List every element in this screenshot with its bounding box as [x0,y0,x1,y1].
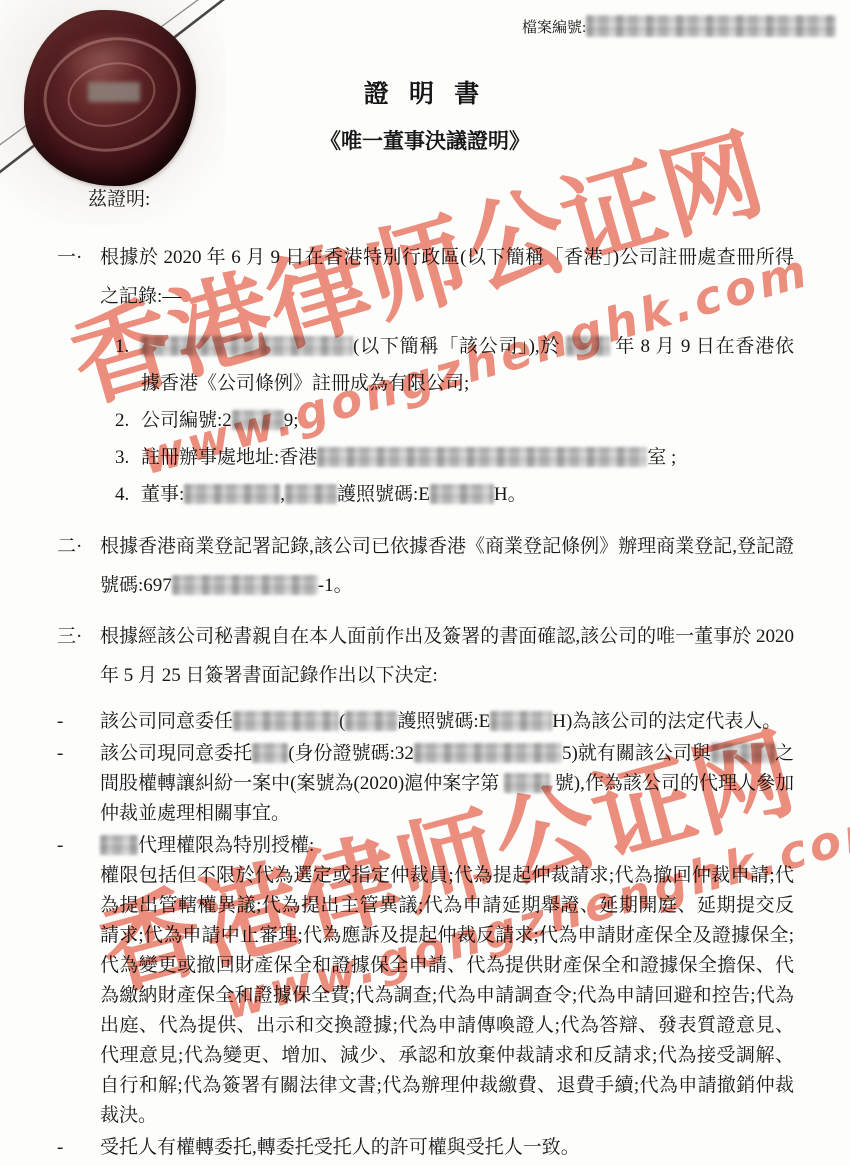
redacted-text [711,743,775,763]
page-title: 證 明 書 [0,74,850,110]
list-marker: - [57,831,100,1131]
redacted-text [232,410,284,430]
redacted-text [100,835,138,855]
list-marker: - [57,1133,100,1163]
bullet-item: -該公司同意委任(護照號碼:EH)為該公司的法定代表人。 [57,707,794,737]
redacted-text [141,336,353,356]
bullet-item: -代理權限為特別授權:權限包括但不限於代為選定或指定仲裁員;代為提起仲裁請求;代… [57,831,794,1131]
numbered-section: 三·根據經該公司秘書親自在本人面前作出及簽署的書面確認,該公司的唯一董事於 20… [57,617,794,695]
paragraph-text: (以下簡稱「該公司」),於 年 8 月 9 日在香港依據香港《公司條例》註冊成為… [141,328,794,402]
redacted-text [490,711,552,731]
redacted-text [252,743,288,763]
file-number-label: 檔案編號: [522,20,586,36]
file-number-redacted [586,15,836,37]
paragraph-text: 代理權限為特別授權:權限包括但不限於代為選定或指定仲裁員;代為提起仲裁請求;代為… [100,831,794,1131]
redacted-text [566,336,610,356]
numbered-sub-item: 1.(以下簡稱「該公司」),於 年 8 月 9 日在香港依據香港《公司條例》註冊… [57,328,794,402]
list-marker: 三· [57,617,100,695]
redacted-text [172,575,318,595]
numbered-sub-item: 3.註冊辦事處地址:香港室 ; [57,439,794,476]
paragraph-text: 公司編號:29; [141,402,794,439]
redacted-text [414,743,562,763]
list-marker: 1. [115,328,141,402]
notarial-certificate-page: 檔案編號: 證 明 書 《唯一董事決議證明》 茲證明: 一·根據於 2020 年… [0,0,850,1166]
redacted-text [345,711,397,731]
redacted-text [504,773,550,793]
list-marker: 2. [115,402,141,439]
redacted-text [184,484,280,504]
list-marker: - [57,739,100,829]
paragraph-text: 註冊辦事處地址:香港室 ; [141,439,794,476]
intro-line: 茲證明: [88,184,150,211]
page-subtitle: 《唯一董事決議證明》 [0,125,850,155]
numbered-section: 二·根據香港商業登記署記錄,該公司已依據香港《商業登記條例》辦理商業登記,登記證… [57,527,794,605]
paragraph-text: 根據香港商業登記署記錄,該公司已依據香港《商業登記條例》辦理商業登記,登記證號碼… [100,527,794,605]
numbered-sub-item: 2.公司編號:29; [57,402,794,439]
redacted-text [285,484,337,504]
redacted-text [233,711,339,731]
list-marker: 3. [115,439,141,476]
paragraph-text: 受托人有權轉委托,轉委托受托人的許可權與受托人一致。 [100,1133,794,1163]
bullet-item: -該公司現同意委托(身份證號碼:325)就有關該公司與之間股權轉讓糾紛一案中(案… [57,739,794,829]
list-marker: 一· [57,238,100,316]
paragraph-text: 根據經該公司秘書親自在本人面前作出及簽署的書面確認,該公司的唯一董事於 2020… [100,617,794,695]
redacted-text [430,484,494,504]
bullet-item: -受托人有權轉委托,轉委托受托人的許可權與受托人一致。 [57,1133,794,1163]
file-number-row: 檔案編號: [522,15,836,37]
list-marker: 4. [115,476,141,513]
list-marker: 二· [57,527,100,605]
numbered-section: 一·根據於 2020 年 6 月 9 日在香港特別行政區(以下簡稱「香港」)公司… [57,238,794,316]
redacted-text [317,447,647,467]
numbered-sub-item: 4.董事:,護照號碼:EH。 [57,476,794,513]
paragraph-text: 該公司同意委任(護照號碼:EH)為該公司的法定代表人。 [100,707,794,737]
paragraph-text: 董事:,護照號碼:EH。 [141,476,794,513]
document-body: 一·根據於 2020 年 6 月 9 日在香港特別行政區(以下簡稱「香港」)公司… [57,238,794,1165]
paragraph-text: 該公司現同意委托(身份證號碼:325)就有關該公司與之間股權轉讓糾紛一案中(案號… [100,739,794,829]
paragraph-text: 根據於 2020 年 6 月 9 日在香港特別行政區(以下簡稱「香港」)公司註冊… [100,238,794,316]
list-marker: - [57,707,100,737]
